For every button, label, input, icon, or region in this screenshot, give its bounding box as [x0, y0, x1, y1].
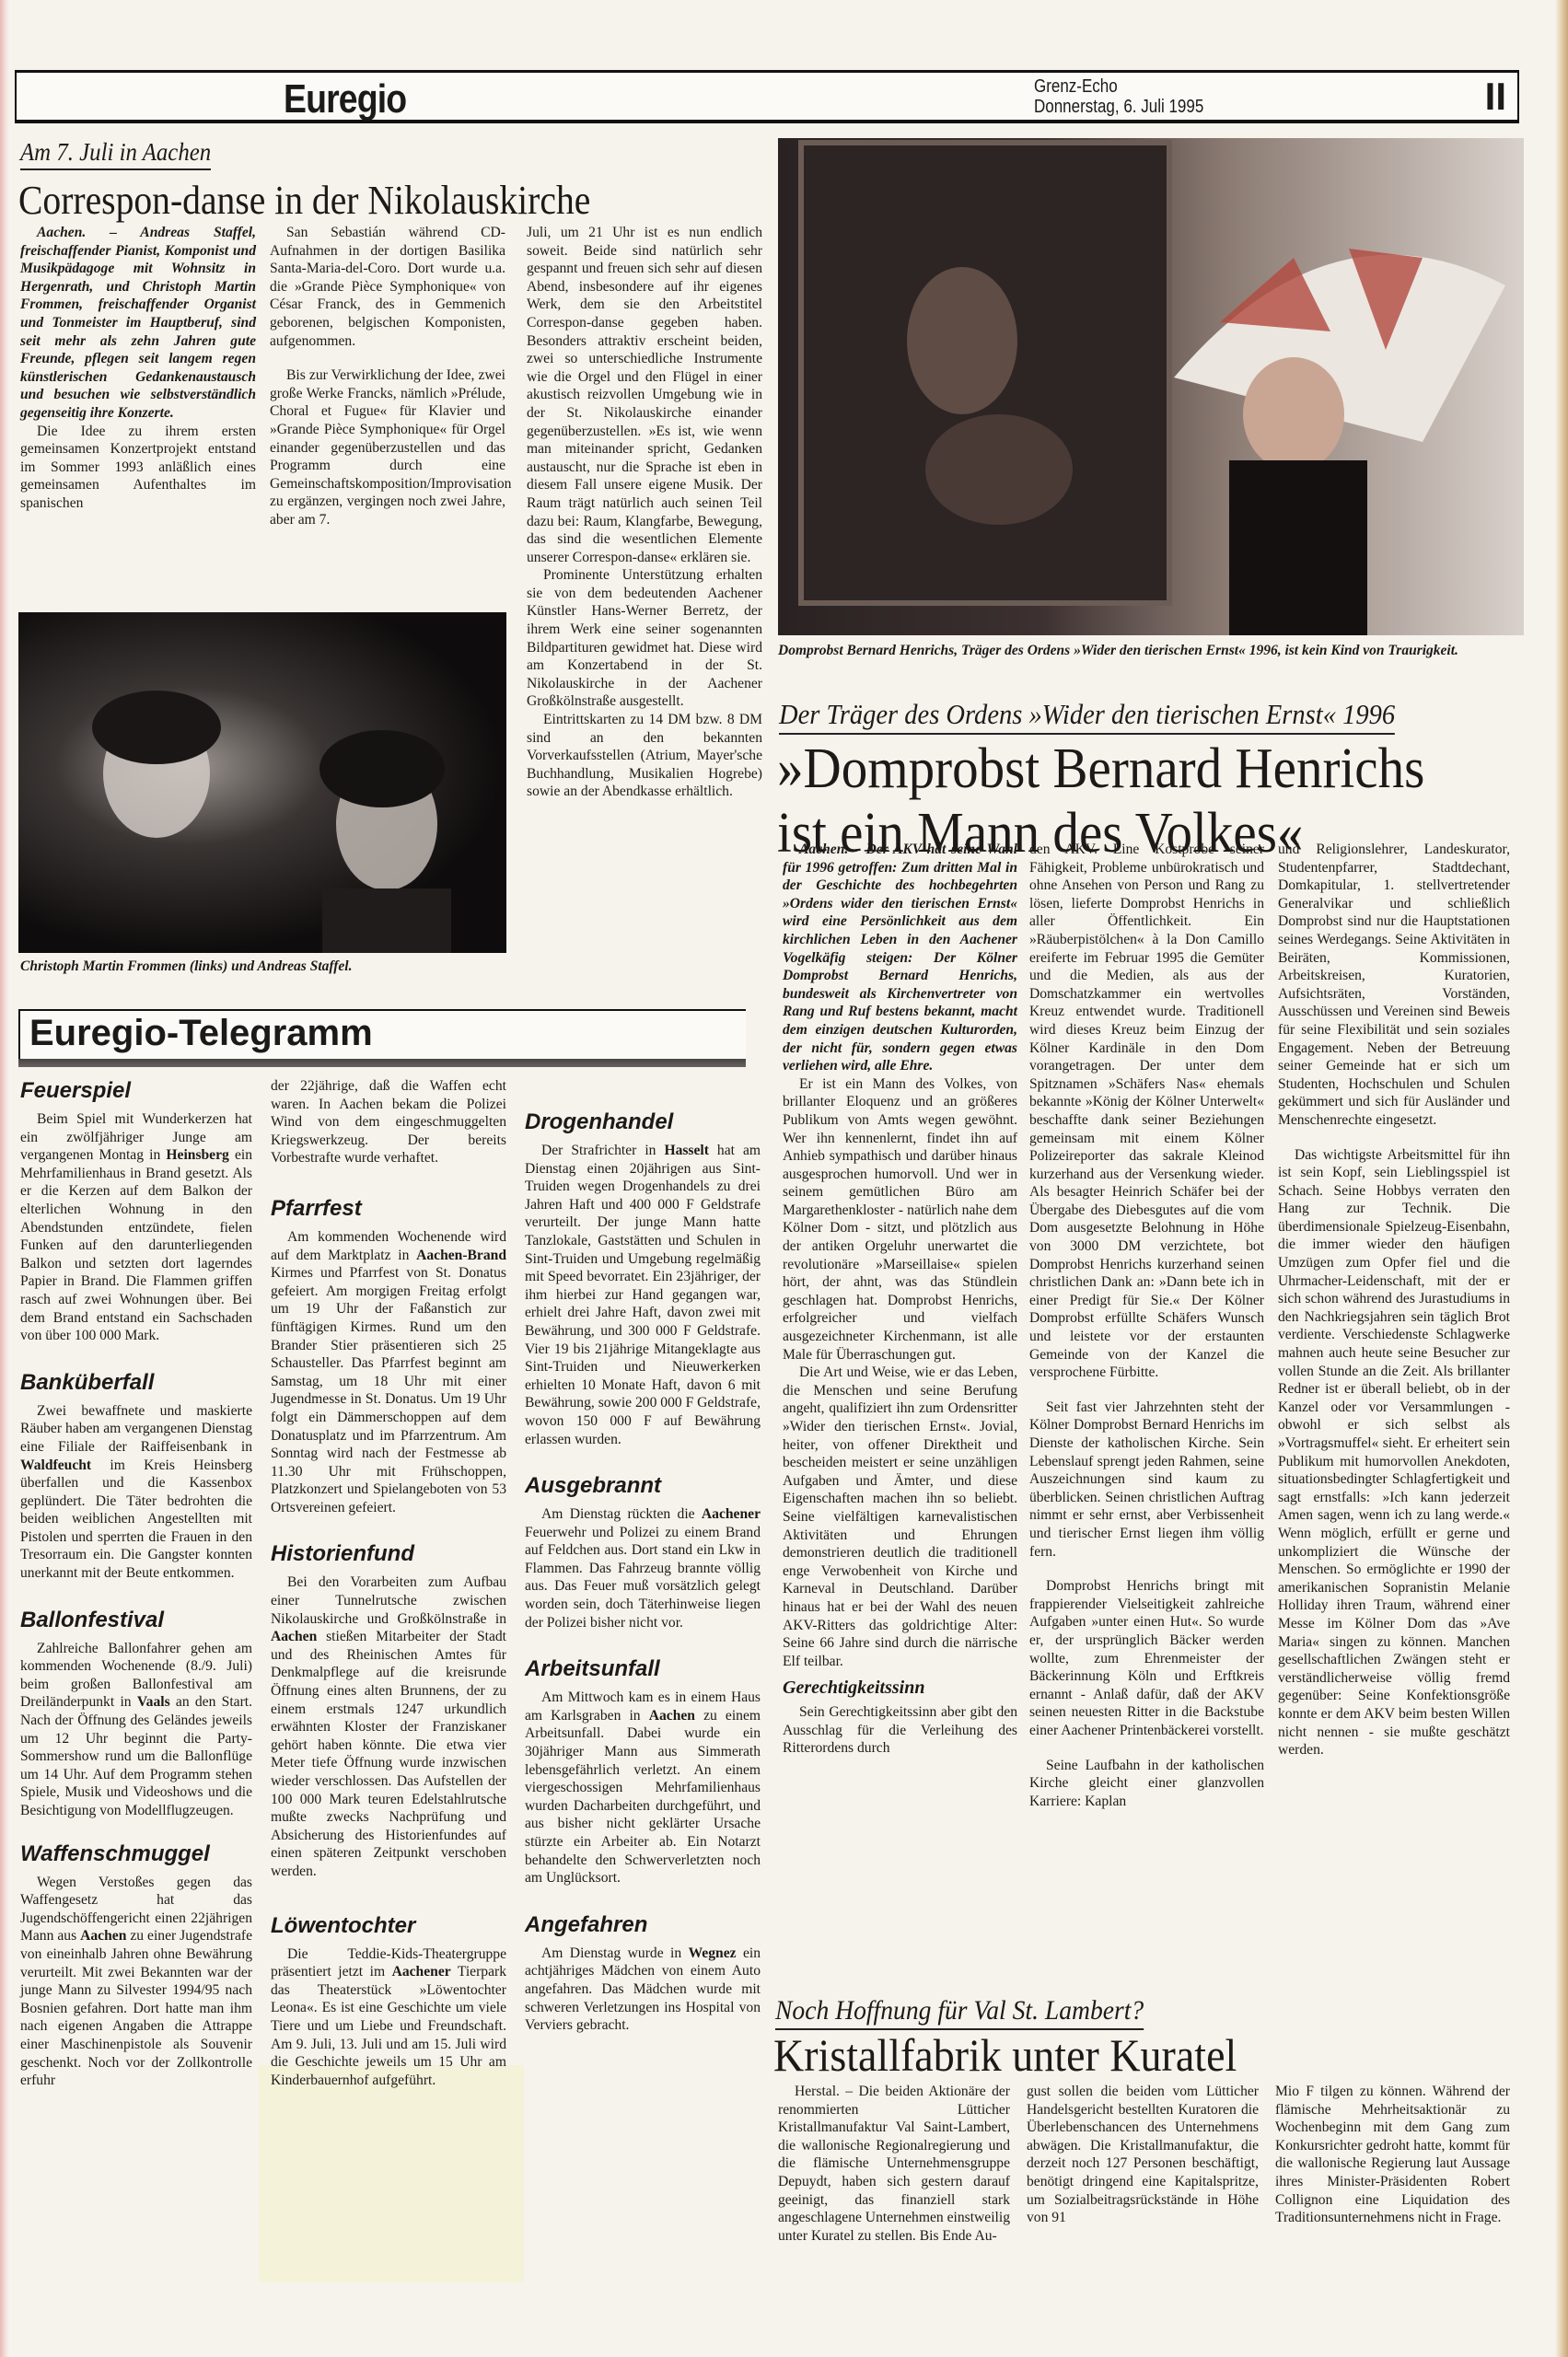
item-heading: Pfarrfest: [271, 1195, 506, 1223]
article-headline: Kristallfabrik unter Kuratel: [773, 2028, 1237, 2082]
section-title: Euregio: [284, 76, 406, 122]
telegramm-item: Arbeitsunfall Am Mittwoch kam es in eine…: [525, 1655, 761, 1887]
page-edge-left: [0, 0, 9, 2357]
article-column-3: Juli, um 21 Uhr ist es nun endlich sowei…: [527, 224, 762, 801]
article-column-3: Mio F tilgen zu können. Während der fläm…: [1275, 2083, 1510, 2227]
article-column-1: Aachen. – Der AKV hat seine Wahl für 199…: [783, 841, 1017, 1758]
article-column-1: Aachen. – Andreas Staffel, freischaffend…: [20, 224, 256, 513]
article-column-2: San Sebastián während CD-Aufnahmen in de…: [270, 224, 505, 529]
telegramm-item: Ballonfestival Zahlreiche Ballonfahrer g…: [20, 1607, 252, 1820]
telegramm-item-continued: der 22jährige, daß die Waffen echt waren…: [271, 1077, 506, 1167]
telegramm-column-2: der 22jährige, daß die Waffen echt waren…: [271, 1077, 506, 2089]
telegramm-item: Drogenhandel Der Strafrichter in Hasselt…: [525, 1109, 761, 1448]
item-heading: Ballonfestival: [20, 1607, 252, 1634]
article-kicker: Der Träger des Ordens »Wider den tierisc…: [779, 698, 1448, 735]
masthead: Euregio Grenz-Echo Donnerstag, 6. Juli 1…: [15, 70, 1519, 123]
telegramm-item: Ausgebrannt Am Dienstag rückten die Aach…: [525, 1472, 761, 1631]
item-heading: Angefahren: [525, 1911, 761, 1939]
telegramm-item: Feuerspiel Beim Spiel mit Wunderkerzen h…: [20, 1077, 252, 1345]
paper-info: Grenz-Echo Donnerstag, 6. Juli 1995: [1034, 76, 1203, 117]
telegramm-item: Angefahren Am Dienstag wurde in Wegnez e…: [525, 1911, 761, 2035]
telegramm-item: Banküberfall Zwei bewaffnete und maskier…: [20, 1369, 252, 1583]
highlight-box: [259, 2065, 524, 2282]
musicians-illustration: [18, 612, 506, 953]
article-column-1: Herstal. – Die beiden Aktionäre der reno…: [778, 2083, 1010, 2245]
photo-caption-musicians: Christoph Martin Frommen (links) und And…: [20, 958, 508, 975]
article-headline: Correspon-danse in der Nikolauskirche: [18, 177, 590, 224]
article-column-2: gust sollen die beiden vom Lütticher Han…: [1027, 2083, 1259, 2227]
telegramm-column-1: Feuerspiel Beim Spiel mit Wunderkerzen h…: [20, 1077, 252, 2090]
photo-musicians: [18, 612, 506, 953]
page-edge-right: [1555, 0, 1568, 2357]
article-kicker: Noch Hoffnung für Val St. Lambert?: [775, 1995, 1176, 2030]
article-kicker: Am 7. Juli in Aachen: [20, 138, 227, 170]
page-number: II: [1485, 75, 1506, 119]
telegramm-item: Historienfund Bei den Vorarbeiten zum Au…: [271, 1540, 506, 1880]
photo-caption-henrichs: Domprobst Bernard Henrichs, Träger des O…: [778, 642, 1524, 659]
telegramm-header: Euregio-Telegramm: [18, 1009, 746, 1061]
article-column-3: und Religionslehrer, Landeskurator, Stud…: [1278, 841, 1510, 1759]
henrichs-illustration: [778, 138, 1524, 635]
telegramm-column-3: Drogenhandel Der Strafrichter in Hasselt…: [525, 1077, 761, 2035]
issue-date: Donnerstag, 6. Juli 1995: [1034, 97, 1203, 117]
item-heading: Löwentochter: [271, 1912, 506, 1940]
telegramm-item: Waffenschmuggel Wegen Verstoßes gegen da…: [20, 1840, 252, 2090]
photo-henrichs: [778, 138, 1524, 635]
item-heading: Ausgebrannt: [525, 1472, 761, 1500]
item-heading: Arbeitsunfall: [525, 1655, 761, 1683]
item-heading: Drogenhandel: [525, 1109, 761, 1136]
subheading: Gerechtigkeitssinn: [783, 1679, 1017, 1698]
item-heading: Feuerspiel: [20, 1077, 252, 1105]
item-heading: Banküberfall: [20, 1369, 252, 1397]
telegramm-item: Pfarrfest Am kommenden Wochenende wird a…: [271, 1195, 506, 1517]
item-heading: Historienfund: [271, 1540, 506, 1568]
telegramm-rule: [18, 1059, 746, 1067]
telegramm-item: Löwentochter Die Teddie-Kids-Theatergrup…: [271, 1912, 506, 2090]
article-column-2: den AKV. Eine Kostprobe seiner Fähigkeit…: [1029, 841, 1264, 1810]
paper-name: Grenz-Echo: [1034, 76, 1203, 97]
item-heading: Waffenschmuggel: [20, 1840, 252, 1868]
